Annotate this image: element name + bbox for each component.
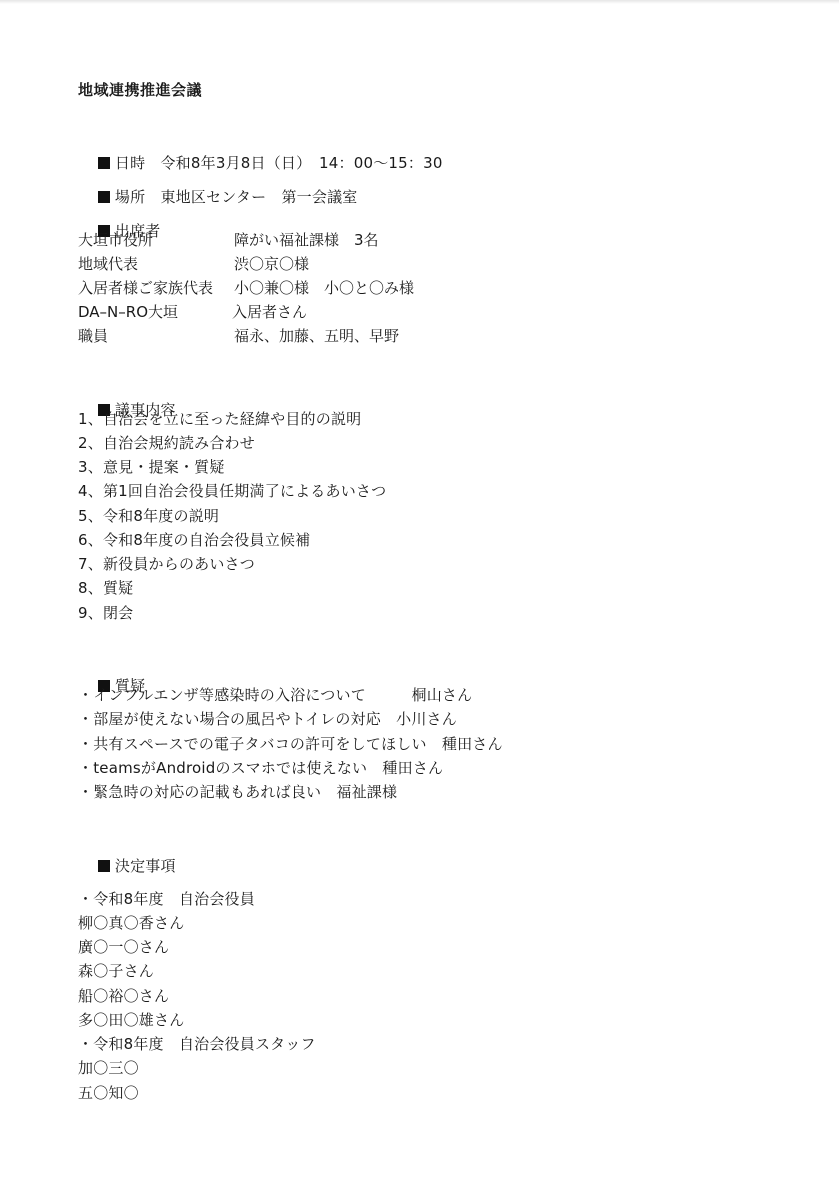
decision-member: 加〇三〇 xyxy=(78,1058,139,1078)
agenda-item: 1、自治会を立に至った経緯や目的の説明 xyxy=(78,409,361,429)
attendee-row: DA–N–RO大垣 入居者さん xyxy=(78,302,678,322)
question-item: ・緊急時の対応の記載もあれば良い 福祉課様 xyxy=(78,782,397,802)
attendee-org: 大垣市役所 xyxy=(78,230,153,250)
attendee-names: 渋〇京〇様 xyxy=(234,254,309,274)
attendee-org: 職員 xyxy=(78,326,108,346)
question-item: ・teamsがAndroidのスマホでは使えない 種田さん xyxy=(78,758,443,778)
attendee-names: 福永、加藤、五明、早野 xyxy=(234,326,399,346)
question-item: ・インフルエンザ等感染時の入浴について 桐山さん xyxy=(78,685,472,705)
decision-member: 柳〇真〇香さん xyxy=(78,913,184,933)
agenda-item: 7、新役員からのあいさつ xyxy=(78,554,255,574)
attendee-row: 地域代表 渋〇京〇様 xyxy=(78,254,678,274)
decision-member: 船〇裕〇さん xyxy=(78,986,169,1006)
attendee-row: 入居者様ご家族代表 小〇兼〇様 小〇と〇み様 xyxy=(78,278,678,298)
attendee-row: 大垣市役所 障がい福祉課様 3名 xyxy=(78,230,678,250)
document-title: 地域連携推進会議 xyxy=(78,80,202,100)
black-square-icon xyxy=(98,860,110,872)
decision-member: 多〇田〇雄さん xyxy=(78,1010,184,1030)
attendee-org: 入居者様ご家族代表 xyxy=(78,278,213,298)
attendee-names: 障がい福祉課様 3名 xyxy=(234,230,379,250)
decision-group-heading: ・令和8年度 自治会役員 xyxy=(78,889,255,909)
decisions-label: 決定事項 xyxy=(115,857,176,875)
question-item: ・部屋が使えない場合の風呂やトイレの対応 小川さん xyxy=(78,709,457,729)
attendee-org: DA–N–RO大垣 xyxy=(78,302,178,322)
agenda-item: 6、令和8年度の自治会役員立候補 xyxy=(78,530,310,550)
decision-member: 五〇知〇 xyxy=(78,1083,139,1103)
decision-member: 森〇子さん xyxy=(78,961,154,981)
attendee-row: 職員 福永、加藤、五明、早野 xyxy=(78,326,678,346)
agenda-item: 9、閉会 xyxy=(78,603,133,623)
decisions-heading: 決定事項 xyxy=(78,836,176,896)
decision-group-heading: ・令和8年度 自治会役員スタッフ xyxy=(78,1034,316,1054)
document-page: 地域連携推進会議 日時 令和8年3月8日（日） 14：00〜15：30 場所 東… xyxy=(0,0,839,1200)
agenda-item: 4、第1回自治会役員任期満了によるあいさつ xyxy=(78,481,386,501)
attendee-names: 入居者さん xyxy=(232,302,307,322)
location-value: 東地区センター 第一会議室 xyxy=(160,188,357,206)
attendee-org: 地域代表 xyxy=(78,254,138,274)
agenda-item: 2、自治会規約読み合わせ xyxy=(78,433,255,453)
agenda-item: 5、令和8年度の説明 xyxy=(78,506,219,526)
agenda-item: 8、質疑 xyxy=(78,578,133,598)
agenda-item: 3、意見・提案・質疑 xyxy=(78,457,225,477)
decision-member: 廣〇一〇さん xyxy=(78,937,169,957)
attendee-names: 小〇兼〇様 小〇と〇み様 xyxy=(234,278,414,298)
question-item: ・共有スペースでの電子タバコの許可をしてほしい 種田さん xyxy=(78,734,503,754)
